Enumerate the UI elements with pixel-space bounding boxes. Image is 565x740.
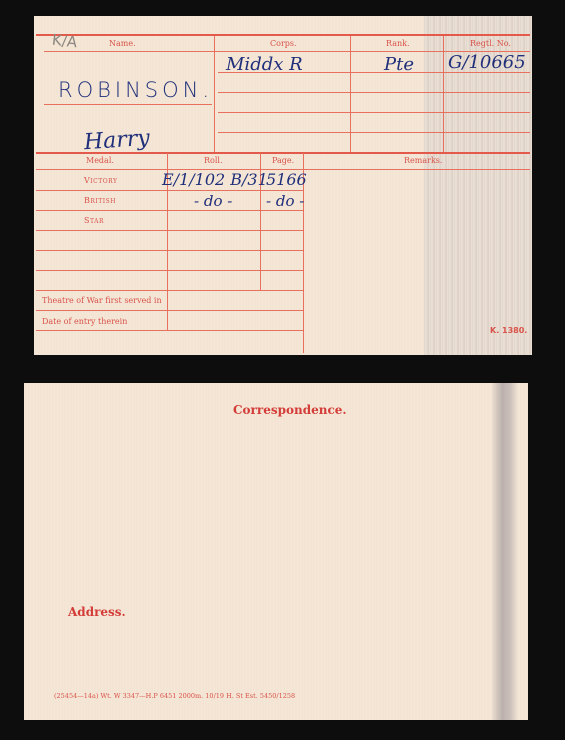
header-corps: Corps. bbox=[270, 39, 297, 48]
regt-no-value: G/10665 bbox=[448, 52, 526, 73]
address-label: Address. bbox=[68, 605, 126, 619]
surname-value: ROBINSON. bbox=[58, 78, 213, 102]
theatre-label: Theatre of War first served in bbox=[42, 296, 162, 305]
corps-value: Middx R bbox=[226, 54, 303, 75]
rule bbox=[218, 132, 530, 133]
rule bbox=[350, 36, 351, 153]
rule bbox=[36, 330, 303, 331]
medal-index-card-front: K/A Name. Corps. Rank. Regtl. No. ROBINS… bbox=[34, 16, 532, 355]
rule bbox=[36, 152, 530, 154]
entry-date-label: Date of entry therein bbox=[42, 317, 127, 326]
header-remarks: Remarks. bbox=[404, 156, 442, 165]
rule bbox=[36, 290, 303, 291]
correspondence-heading: Correspondence. bbox=[233, 403, 347, 417]
victory-page-value: 5166 bbox=[266, 170, 307, 189]
rule bbox=[443, 36, 444, 153]
medal-index-card-back: Correspondence. Address. (25454—14a) Wt.… bbox=[24, 383, 528, 720]
rule bbox=[36, 190, 303, 191]
victory-roll-value: E/1/102 B/31 bbox=[162, 170, 268, 189]
british-roll-value: - do - bbox=[194, 192, 232, 210]
scan-shading bbox=[492, 383, 518, 720]
form-number: K. 1380. bbox=[490, 326, 527, 335]
medal-star-label: Star bbox=[84, 216, 104, 225]
header-medal: Medal. bbox=[86, 156, 114, 165]
header-page: Page. bbox=[272, 156, 294, 165]
british-page-value: - do - bbox=[266, 192, 304, 210]
rule bbox=[214, 36, 215, 153]
forename-value: Harry bbox=[83, 126, 150, 156]
header-regt-no: Regtl. No. bbox=[470, 39, 511, 48]
header-rank: Rank. bbox=[386, 39, 410, 48]
rule bbox=[44, 104, 212, 105]
medal-british-label: British bbox=[84, 196, 116, 205]
header-roll: Roll. bbox=[204, 156, 223, 165]
rank-value: Pte bbox=[384, 54, 414, 75]
rule bbox=[36, 270, 303, 271]
pencil-annotation: K/A bbox=[51, 31, 78, 52]
rule bbox=[36, 34, 530, 36]
rule bbox=[36, 310, 303, 311]
rule bbox=[218, 92, 530, 93]
rule bbox=[218, 112, 530, 113]
medal-victory-label: Victory bbox=[84, 176, 117, 185]
printer-line: (25454—14a) Wt. W 3347—H.P 6451 2000m. 1… bbox=[54, 692, 295, 700]
rule bbox=[36, 250, 303, 251]
header-name: Name. bbox=[109, 39, 136, 48]
rule bbox=[36, 210, 303, 211]
rule bbox=[36, 230, 303, 231]
